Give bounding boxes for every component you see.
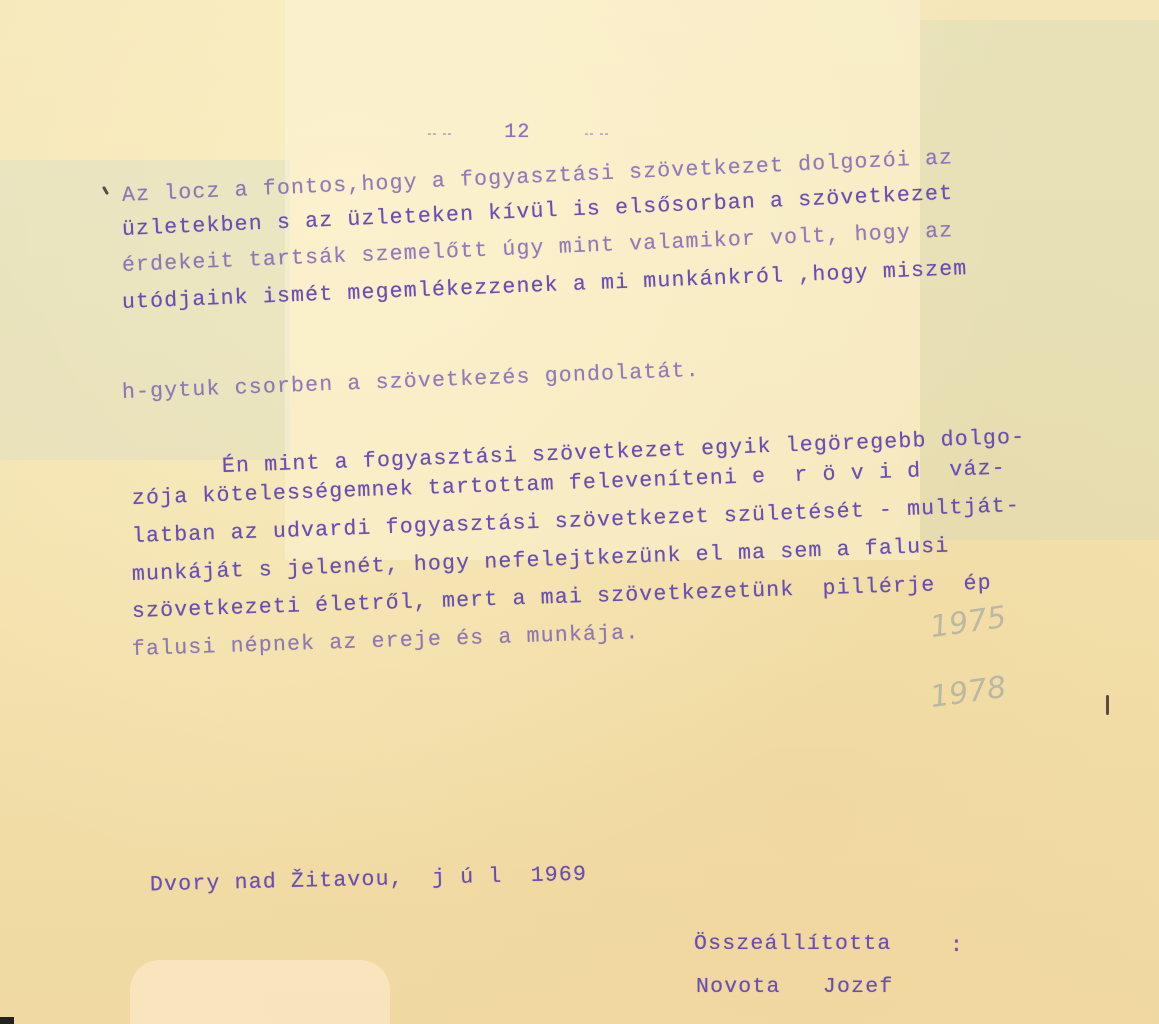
colon: : [950,934,964,958]
compiled-by-label: Összeállította [694,932,891,956]
edge-mark [1106,695,1109,715]
paper-stain [130,960,390,1024]
page-number: -- -- 12 -- -- [400,98,608,144]
author-name: Novota Jozef [696,975,893,999]
scan-edge [0,1017,14,1024]
